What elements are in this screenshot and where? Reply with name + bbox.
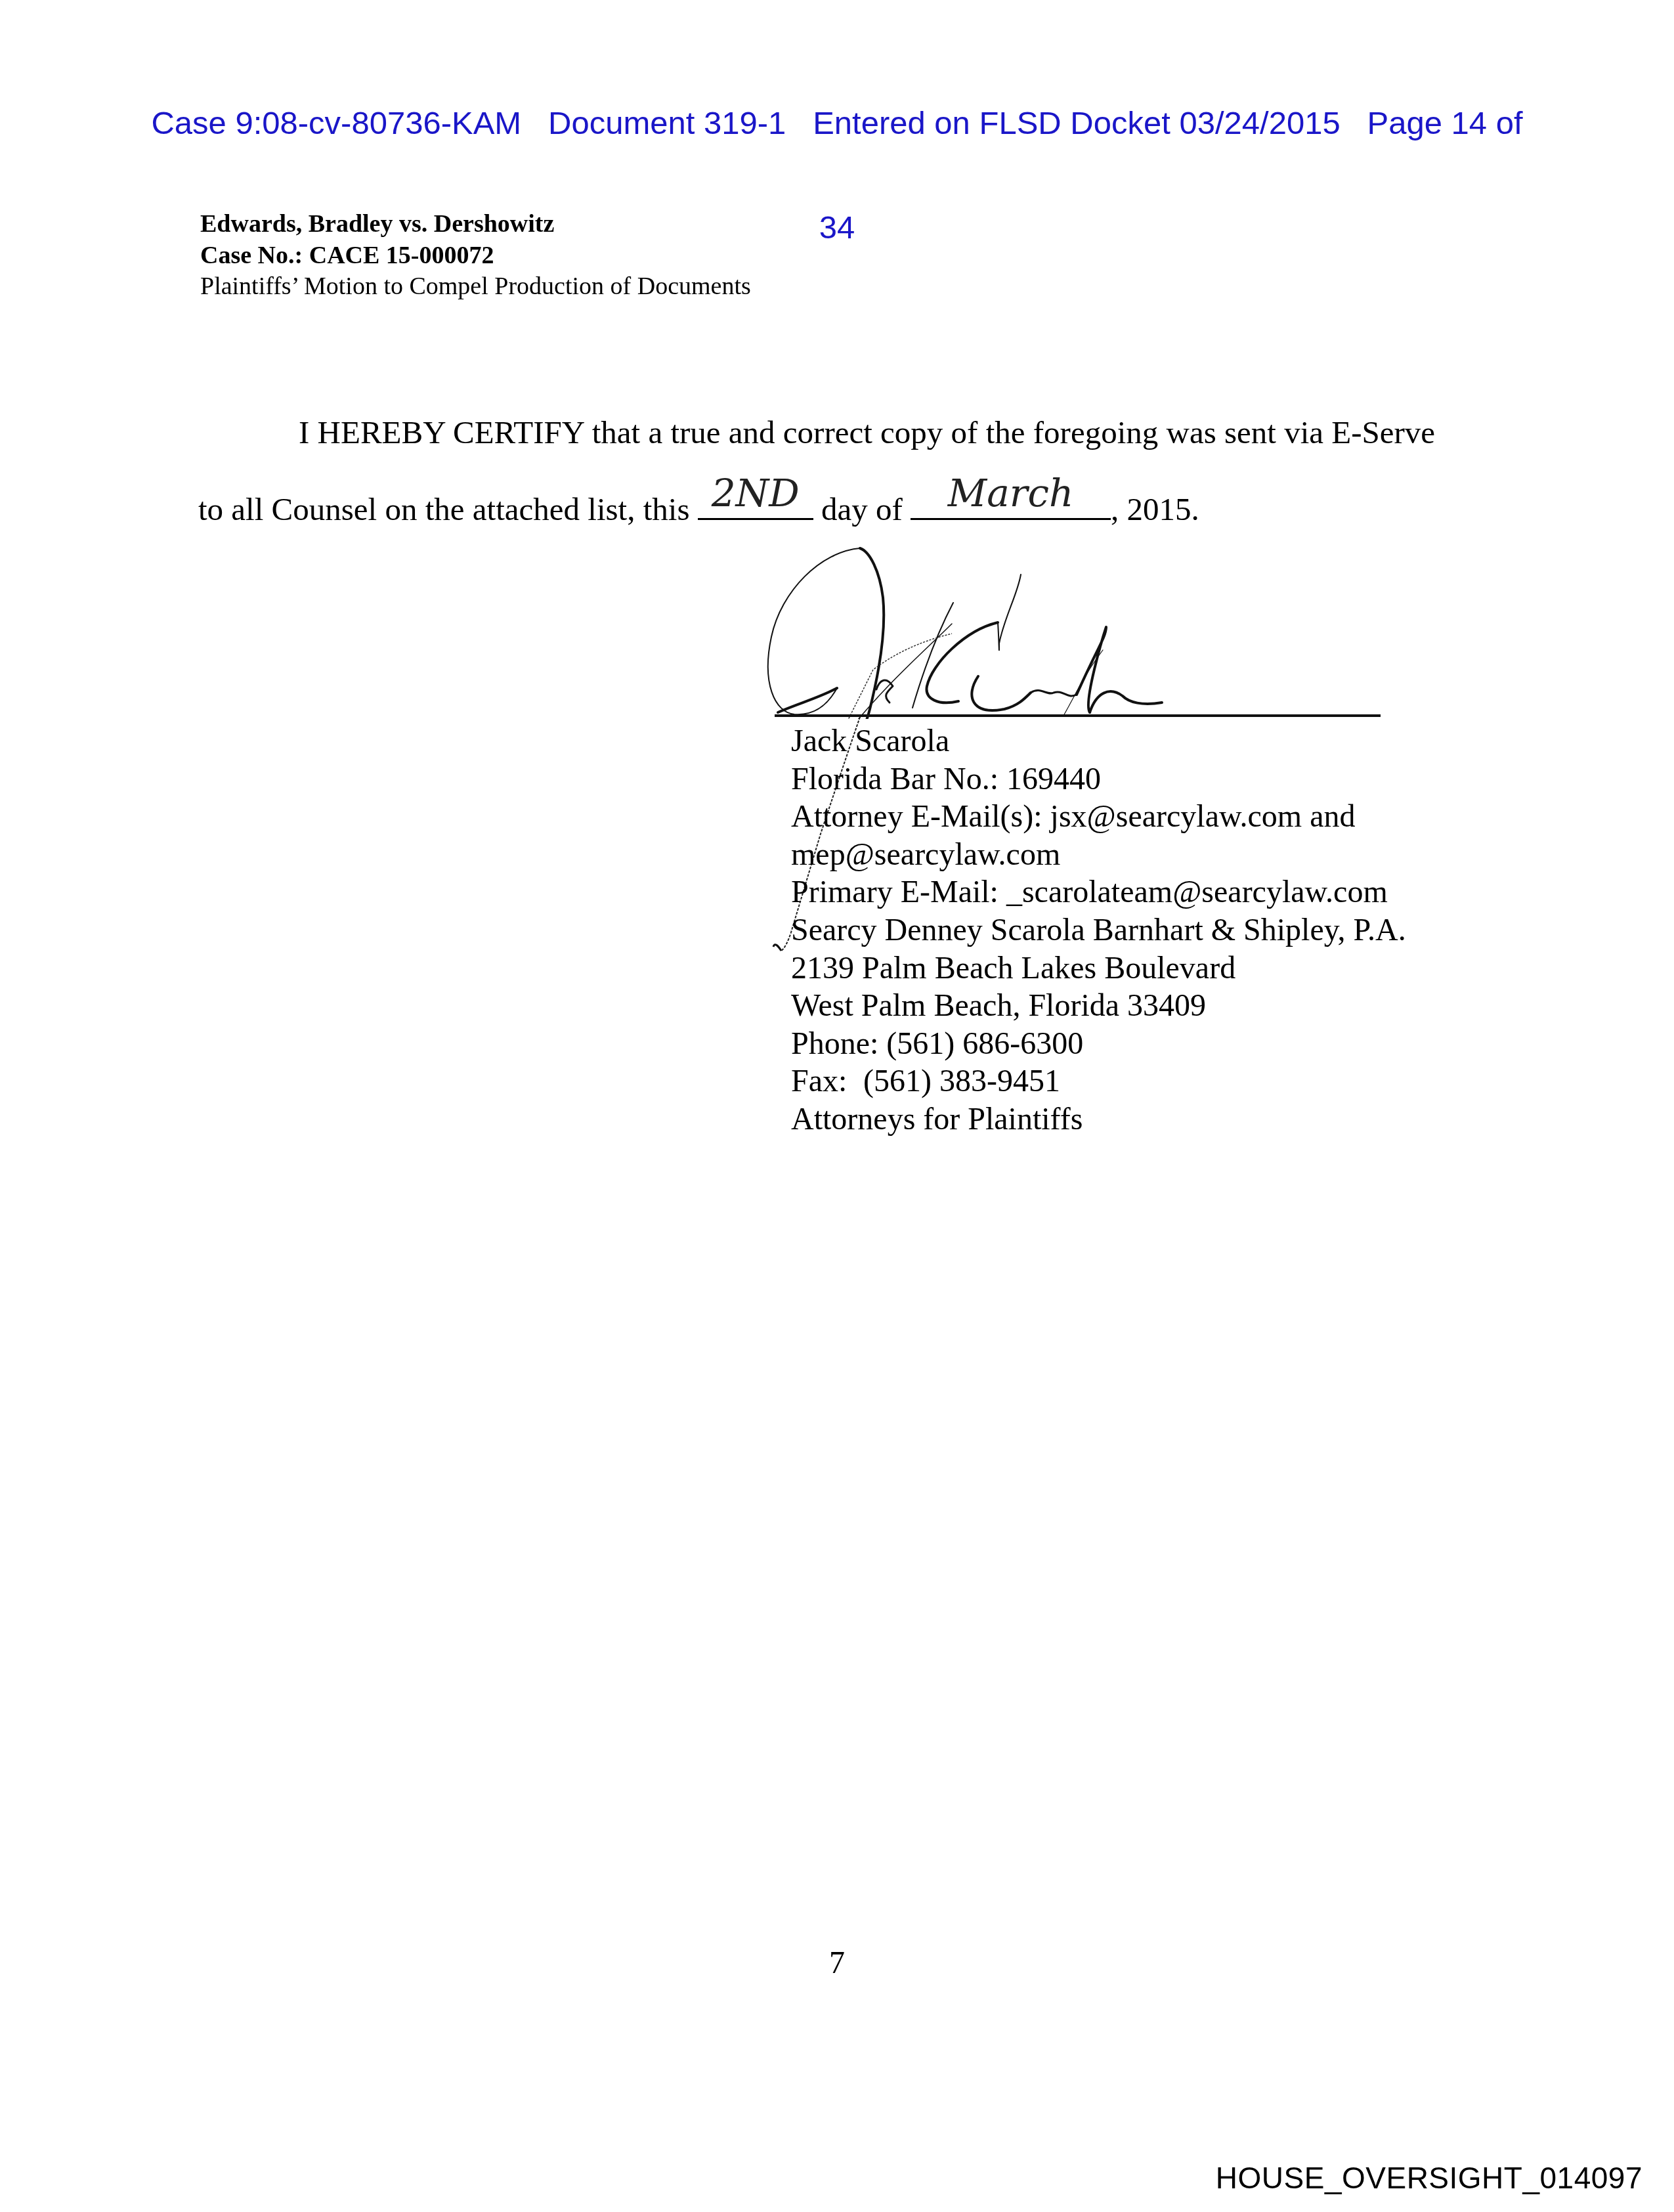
certificate-line-2: to all Counsel on the attached list, thi… [198, 489, 1199, 528]
month-blank: March [911, 489, 1111, 520]
handwritten-day: 2ND [698, 471, 813, 515]
fax-number: Fax:(561) 383-9451 [791, 1062, 1406, 1100]
attorney-name: Jack Scarola [791, 722, 1406, 760]
attorney-signature-block: Jack Scarola Florida Bar No.: 169440 Att… [791, 722, 1406, 1139]
attorney-email-secondary: mep@searcylaw.com [791, 836, 1406, 874]
handwritten-month: March [911, 471, 1111, 515]
certificate-prefix: to all Counsel on the attached list, thi… [198, 491, 698, 527]
fax-value: (561) 383-9451 [863, 1064, 1060, 1098]
stamp-line-1: Case 9:08-cv-80736-KAM Document 319-1 En… [131, 106, 1543, 141]
certificate-line-1: I HEREBY CERTIFY that a true and correct… [299, 414, 1435, 451]
primary-email: Primary E-Mail: _scarolateam@searcylaw.c… [791, 873, 1406, 911]
attorneys-for: Attorneys for Plaintiffs [791, 1100, 1406, 1139]
street-address: 2139 Palm Beach Lakes Boulevard [791, 949, 1406, 987]
day-blank: 2ND [698, 489, 813, 520]
certificate-suffix: , 2015. [1111, 491, 1199, 527]
certificate-middle: day of [813, 491, 911, 527]
bar-number: Florida Bar No.: 169440 [791, 760, 1406, 798]
attorney-emails: Attorney E-Mail(s): jsx@searcylaw.com an… [791, 798, 1406, 836]
law-firm-name: Searcy Denney Scarola Barnhart & Shipley… [791, 911, 1406, 949]
city-state-zip: West Palm Beach, Florida 33409 [791, 987, 1406, 1025]
case-number: Case No.: CACE 15-000072 [200, 240, 751, 272]
bates-number: HOUSE_OVERSIGHT_014097 [1216, 2160, 1642, 2196]
case-caption: Edwards, Bradley vs. Dershowitz Case No.… [200, 209, 751, 303]
handwritten-signature [755, 545, 1411, 719]
fax-label: Fax: [791, 1062, 863, 1100]
document-title: Plaintiffs’ Motion to Compel Production … [200, 271, 751, 303]
phone-number: Phone: (561) 686-6300 [791, 1025, 1406, 1063]
document-page: Case 9:08-cv-80736-KAM Document 319-1 En… [0, 0, 1674, 2212]
page-number: 7 [0, 1945, 1674, 1981]
case-parties: Edwards, Bradley vs. Dershowitz [200, 209, 751, 240]
